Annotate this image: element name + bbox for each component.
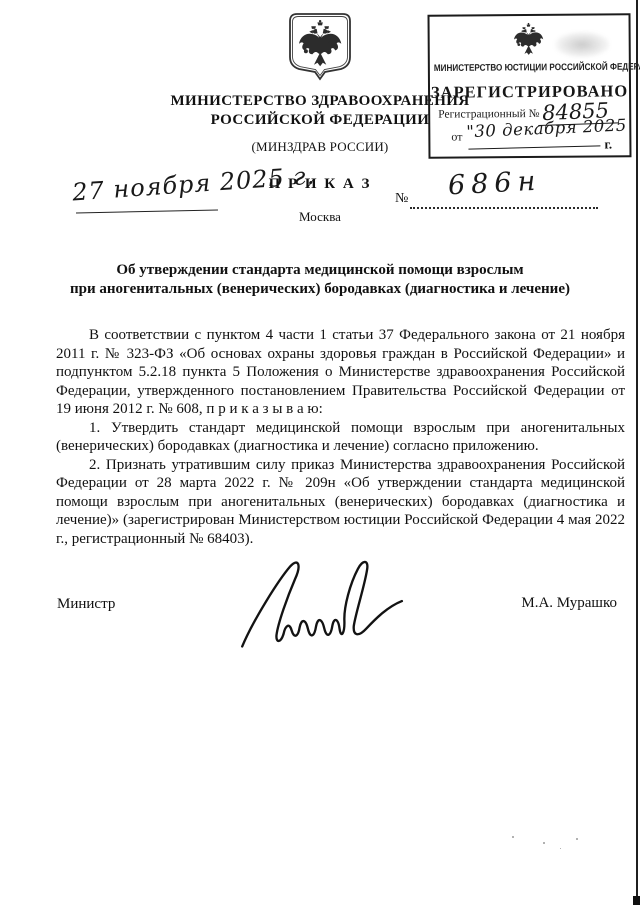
signatory-position: Министр xyxy=(57,596,115,613)
preamble-paragraph: В соответствии с пунктом 4 части 1 стать… xyxy=(56,326,625,419)
stamp-agency-name: МИНИСТЕРСТВО ЮСТИЦИИ РОССИЙСКОЙ ФЕДЕРАЦИ… xyxy=(434,61,625,74)
order-number-label: № xyxy=(395,191,408,207)
russia-coat-of-arms-icon xyxy=(288,12,352,82)
stamp-date-underline xyxy=(468,145,600,149)
scan-corner-mark xyxy=(633,896,640,905)
clause-2-paragraph: 2. Признать утратившим силу приказ Минис… xyxy=(56,456,625,549)
signatory-name: М.А. Мурашко xyxy=(521,595,617,612)
justice-ministry-emblem-icon xyxy=(510,20,548,58)
scan-noise-dot xyxy=(543,842,545,844)
order-date-handwritten: 27 ноября 2025 г. xyxy=(71,162,316,207)
stamp-date-label: от xyxy=(451,129,462,144)
minister-signature-icon xyxy=(226,555,414,663)
order-body: В соответствии с пунктом 4 части 1 стать… xyxy=(56,326,625,548)
justice-registration-stamp: МИНИСТЕРСТВО ЮСТИЦИИ РОССИЙСКОЙ ФЕДЕРАЦИ… xyxy=(427,13,631,158)
order-number-handwritten: 686н xyxy=(447,166,542,202)
order-subject-line2: при аногенитальных (венерических) борода… xyxy=(20,280,620,299)
scan-noise-dot xyxy=(512,836,514,838)
stamp-reg-number-label: Регистрационный № xyxy=(438,108,540,121)
stamp-date-suffix: г. xyxy=(604,136,612,152)
order-subject-title: Об утверждении стандарта медицинской пом… xyxy=(20,261,620,299)
stamp-ink-smudge xyxy=(555,31,610,57)
document-page: МИНИСТЕРСТВО ЗДРАВООХРАНЕНИЯ РОССИЙСКОЙ … xyxy=(0,0,640,905)
clause-1-paragraph: 1. Утвердить стандарт медицинской помощи… xyxy=(56,419,625,456)
scan-noise-dot xyxy=(576,838,578,840)
issue-city: Москва xyxy=(0,209,640,225)
scan-noise-dot xyxy=(560,848,561,849)
order-subject-line1: Об утверждении стандарта медицинской пом… xyxy=(20,261,620,280)
